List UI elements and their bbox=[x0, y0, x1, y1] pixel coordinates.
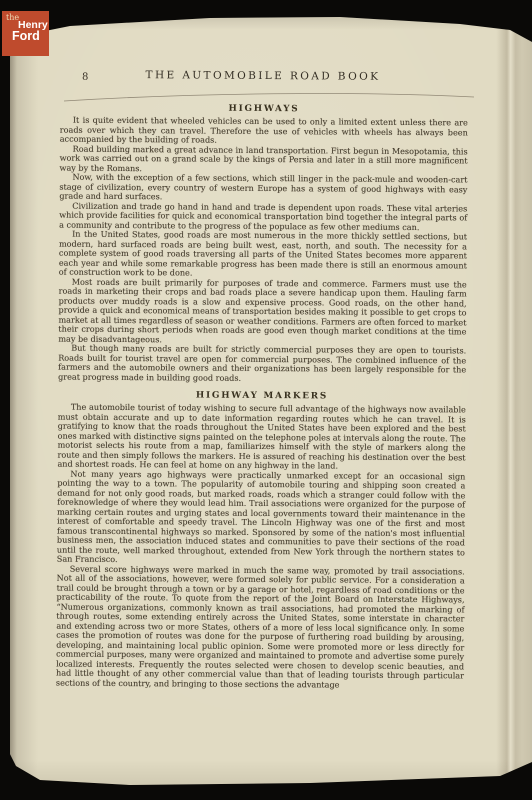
henry-ford-logo: the Henry Ford bbox=[2, 11, 49, 56]
body-paragraph: Civilization and trade go hand in hand a… bbox=[59, 201, 467, 232]
running-head: 8 THE AUTOMOBILE ROAD BOOK bbox=[56, 69, 470, 84]
book-page: 8 THE AUTOMOBILE ROAD BOOK HIGHWAYS It i… bbox=[10, 14, 532, 786]
body-paragraph: But though many roads are built for stri… bbox=[58, 344, 466, 385]
body-paragraph: Road building marked a great advance in … bbox=[60, 144, 468, 175]
scan-backdrop: 8 THE AUTOMOBILE ROAD BOOK HIGHWAYS It i… bbox=[0, 0, 532, 800]
logo-word-ford: Ford bbox=[12, 30, 49, 43]
text-section: HIGHWAY MARKERS The automobile tourist o… bbox=[56, 390, 466, 691]
body-paragraph: Not many years ago highways were practic… bbox=[57, 469, 466, 567]
running-title: THE AUTOMOBILE ROAD BOOK bbox=[56, 69, 470, 84]
section-heading: HIGHWAYS bbox=[60, 103, 468, 116]
page-content: HIGHWAYS It is quite evident that wheele… bbox=[56, 103, 468, 691]
page-number: 8 bbox=[82, 72, 88, 83]
text-section: HIGHWAYS It is quite evident that wheele… bbox=[58, 103, 468, 385]
body-paragraph: The automobile tourist of today wishing … bbox=[57, 403, 465, 472]
body-paragraph: In the United States, good roads are mos… bbox=[59, 230, 467, 280]
body-paragraph: It is quite evident that wheeled vehicle… bbox=[60, 116, 468, 147]
body-paragraph: Now, with the exception of a few section… bbox=[59, 173, 467, 204]
body-paragraph: Most roads are built primarily for purpo… bbox=[58, 277, 466, 346]
section-heading: HIGHWAY MARKERS bbox=[58, 390, 466, 403]
page-fold-crease bbox=[496, 14, 522, 786]
body-paragraph: Several score highways were marked in mu… bbox=[56, 564, 465, 690]
